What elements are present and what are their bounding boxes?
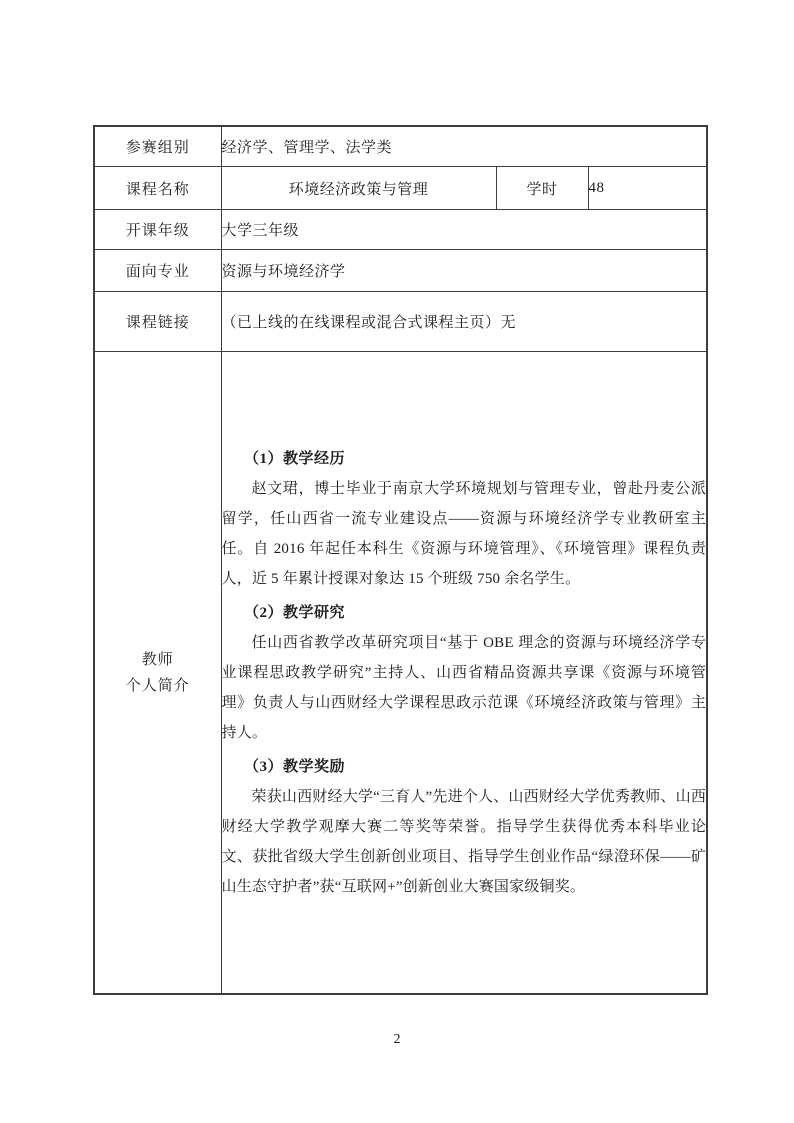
hours-value: 48 xyxy=(588,167,707,210)
teacher-bio-label-line2: 个人简介 xyxy=(95,673,221,699)
bio-section-3-heading: （3）教学奖励 xyxy=(222,752,707,782)
course-info-table: 参赛组别 经济学、管理学、法学类 课程名称 环境经济政策与管理 学时 48 开课… xyxy=(93,125,708,995)
table-row-grade: 开课年级 大学三年级 xyxy=(94,210,707,250)
bio-section-2-body: 任山西省教学改革研究项目“基于 OBE 理念的资源与环境经济学专业课程思政教学研… xyxy=(222,628,707,748)
major-label: 面向专业 xyxy=(94,250,221,292)
major-value: 资源与环境经济学 xyxy=(221,250,707,292)
bio-section-2-heading: （2）教学研究 xyxy=(222,598,707,628)
bio-section-1-body: 赵文珺，博士毕业于南京大学环境规划与管理专业，曾赴丹麦公派留学，任山西省一流专业… xyxy=(222,474,707,594)
document-page: 参赛组别 经济学、管理学、法学类 课程名称 环境经济政策与管理 学时 48 开课… xyxy=(0,0,794,1123)
table-row-course: 课程名称 环境经济政策与管理 学时 48 xyxy=(94,167,707,210)
table-row-major: 面向专业 资源与环境经济学 xyxy=(94,250,707,292)
table-row-group: 参赛组别 经济学、管理学、法学类 xyxy=(94,126,707,167)
page-number: 2 xyxy=(0,1032,794,1048)
teacher-bio-label: 教师 个人简介 xyxy=(94,352,221,995)
bio-section-1-heading: （1）教学经历 xyxy=(222,444,707,474)
group-value: 经济学、管理学、法学类 xyxy=(221,126,707,167)
bio-section-3-body: 荣获山西财经大学“三育人”先进个人、山西财经大学优秀教师、山西财经大学教学观摩大… xyxy=(222,782,707,902)
course-link-label: 课程链接 xyxy=(94,292,221,352)
table-row-teacher-bio: 教师 个人简介 （1）教学经历 赵文珺，博士毕业于南京大学环境规划与管理专业，曾… xyxy=(94,352,707,995)
grade-value: 大学三年级 xyxy=(221,210,707,250)
teacher-bio-label-line1: 教师 xyxy=(95,647,221,673)
teacher-bio-content: （1）教学经历 赵文珺，博士毕业于南京大学环境规划与管理专业，曾赴丹麦公派留学，… xyxy=(221,352,707,995)
course-link-value: （已上线的在线课程或混合式课程主页）无 xyxy=(221,292,707,352)
course-name-label: 课程名称 xyxy=(94,167,221,210)
course-name-value: 环境经济政策与管理 xyxy=(221,167,496,210)
group-label: 参赛组别 xyxy=(94,126,221,167)
grade-label: 开课年级 xyxy=(94,210,221,250)
hours-label: 学时 xyxy=(496,167,588,210)
table-row-link: 课程链接 （已上线的在线课程或混合式课程主页）无 xyxy=(94,292,707,352)
